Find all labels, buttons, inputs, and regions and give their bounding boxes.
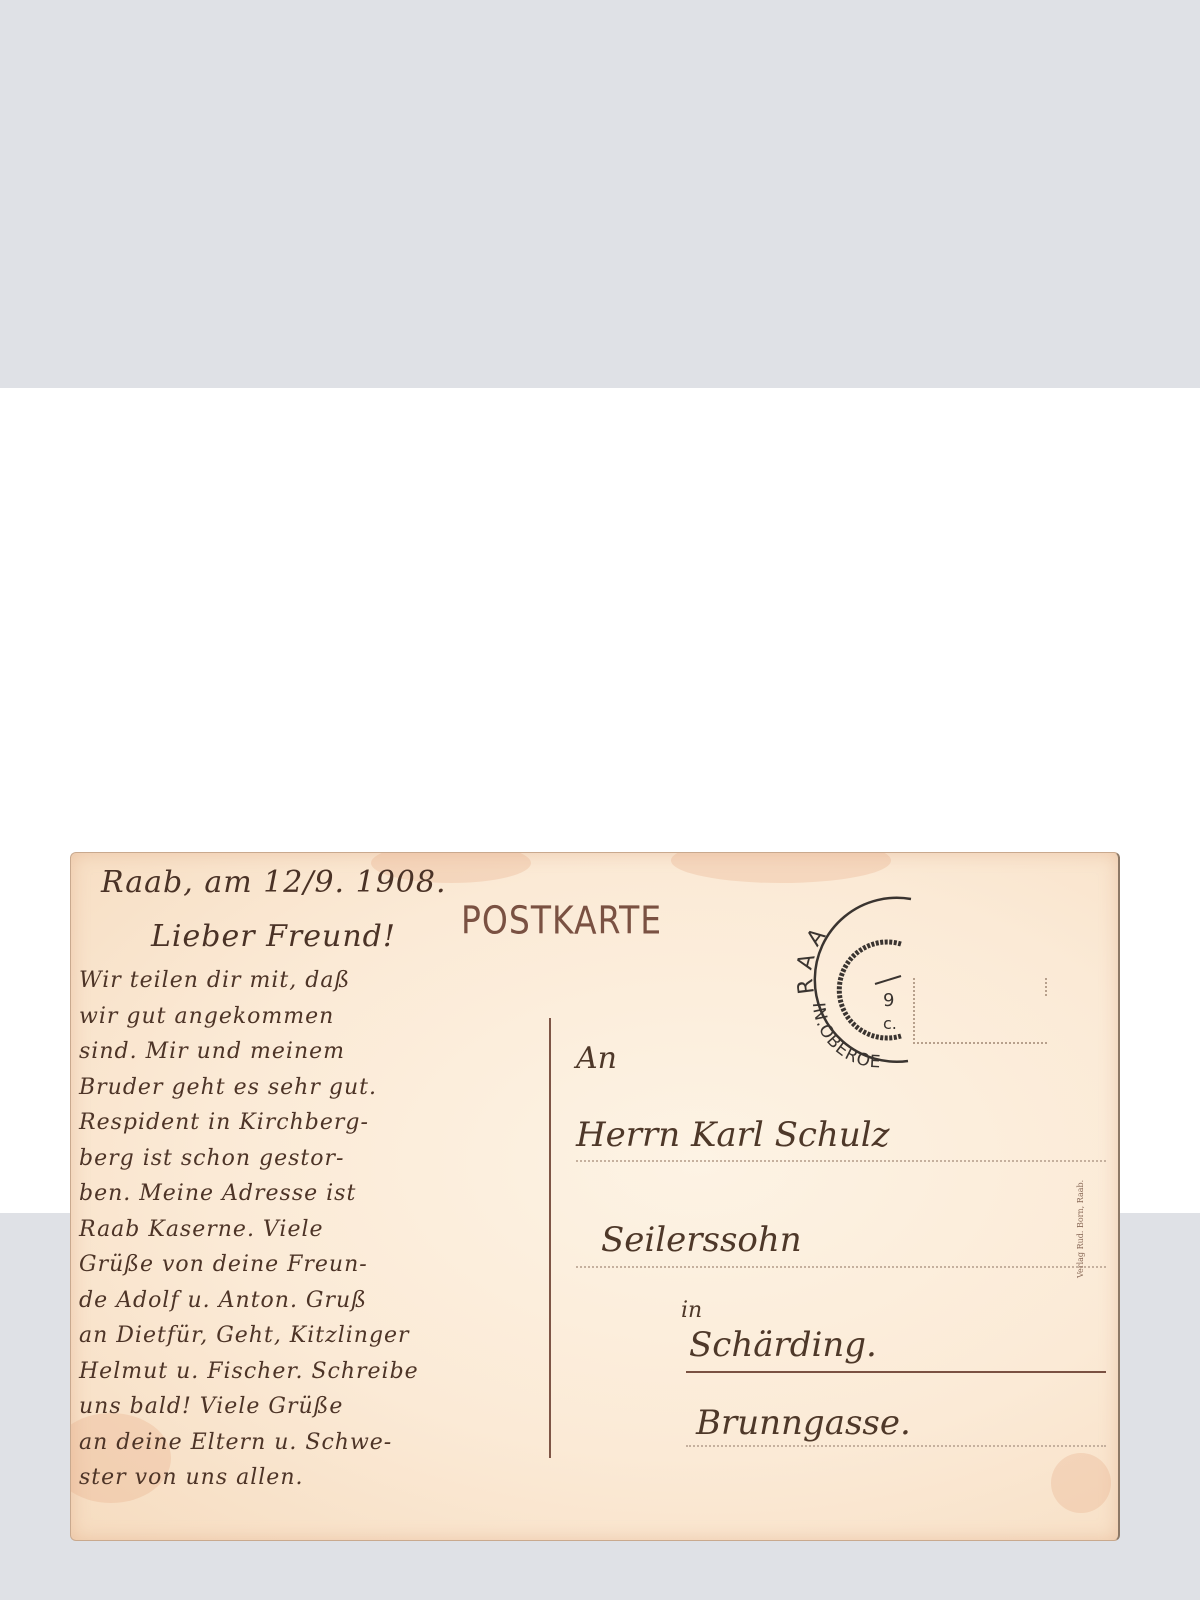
message-body: Wir teilen dir mit, daß wir gut angekomm…	[79, 963, 419, 1496]
stain	[1051, 1453, 1111, 1513]
message-line: de Adolf u. Anton. Gruß	[79, 1283, 419, 1319]
address-city: Schärding.	[689, 1325, 877, 1365]
message-line: wir gut angekommen	[79, 999, 419, 1035]
address-recipient: Herrn Karl Schulz	[576, 1115, 890, 1155]
postmark-region: IN.OBEROE	[808, 1002, 882, 1073]
message-line: an deine Eltern u. Schwe-	[79, 1425, 419, 1461]
message-line: berg ist schon gestor-	[79, 1141, 419, 1177]
message-line: ster von uns allen.	[79, 1460, 419, 1496]
address-street: Brunngasse.	[696, 1403, 911, 1443]
message-line: an Dietfür, Geht, Kitzlinger	[79, 1318, 419, 1354]
address-in-label: in	[681, 1298, 702, 1323]
address-occupation: Seilerssohn	[601, 1220, 802, 1260]
message-dateline: Raab, am 12/9. 1908.	[101, 865, 447, 900]
postmark-icon: RAA IN.OBEROE 9 c.	[783, 881, 943, 1081]
message-salutation: Lieber Freund!	[151, 919, 396, 954]
message-line: Wir teilen dir mit, daß	[79, 963, 419, 999]
message-line: uns bald! Viele Grüße	[79, 1389, 419, 1425]
message-line: Helmut u. Fischer. Schreibe	[79, 1354, 419, 1390]
postmark-day: 9	[883, 990, 894, 1011]
svg-text:RAA: RAA	[792, 918, 836, 996]
postcard-title: POSTKARTE	[461, 898, 662, 943]
publisher-imprint: Verlag Rud. Born, Raab.	[1076, 1180, 1085, 1278]
address-city-underline	[686, 1371, 1106, 1373]
message-line: Bruder geht es sehr gut.	[79, 1070, 419, 1106]
postmark-town: RAA	[792, 918, 836, 996]
address-line	[576, 1266, 1106, 1268]
address-line	[576, 1160, 1106, 1162]
postcard: Raab, am 12/9. 1908. POSTKARTE Lieber Fr…	[70, 852, 1120, 1541]
message-line: sind. Mir und meinem	[79, 1034, 419, 1070]
message-line: Respident in Kirchberg-	[79, 1105, 419, 1141]
divider-line	[549, 1018, 551, 1458]
message-line: Raab Kaserne. Viele	[79, 1212, 419, 1248]
svg-text:IN.OBEROE: IN.OBEROE	[808, 1002, 882, 1073]
stain	[671, 852, 891, 883]
address-line	[686, 1445, 1106, 1447]
message-line: ben. Meine Adresse ist	[79, 1176, 419, 1212]
message-line: Grüße von deine Freun-	[79, 1247, 419, 1283]
svg-text:c.: c.	[883, 1014, 897, 1033]
address-prefix: An	[576, 1041, 617, 1076]
photo-panel: Raab, am 12/9. 1908. POSTKARTE Lieber Fr…	[0, 388, 1200, 1213]
